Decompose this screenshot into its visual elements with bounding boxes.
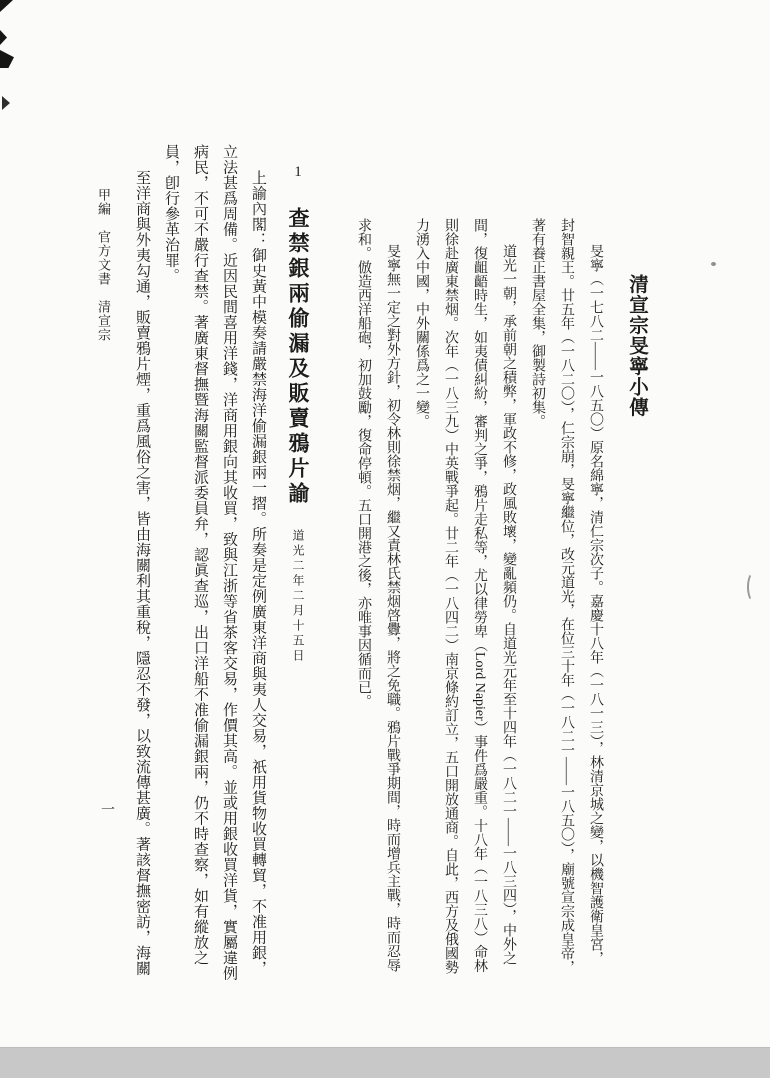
scanner-bed-strip bbox=[0, 1047, 770, 1078]
scan-artifact bbox=[2, 96, 10, 110]
scan-artifact bbox=[711, 262, 716, 266]
biography-paragraph: 旻寧無一定之對外方針，初令林則徐禁烟，繼又責林氏禁烟啓釁，將之免職。鴉片戰爭期間… bbox=[349, 218, 407, 978]
scanned-book-page: 清宣宗旻寧小傳 旻寧（一七八二——一八五〇）原名綿寧，清仁宗次子。嘉慶十八年（一… bbox=[0, 0, 770, 1078]
scan-artifact bbox=[0, 0, 13, 12]
biography-text-block: 旻寧（一七八二——一八五〇）原名綿寧，清仁宗次子。嘉慶十八年（一八一三），林清京… bbox=[349, 218, 610, 978]
scan-artifact bbox=[0, 50, 14, 68]
running-footer: 甲編 官方文書 清宣宗 bbox=[94, 188, 113, 342]
edict-paragraph: 上諭內閣：御史黃中模奏請嚴禁海洋偷漏銀兩一摺。所奏是定例廣東洋商與夷人交易，祇用… bbox=[156, 144, 272, 982]
section-date: 道光二年二月十五日 bbox=[291, 529, 305, 664]
section-title: 查禁銀兩偷漏及販賣鴉片諭 bbox=[286, 207, 310, 507]
scan-artifact bbox=[0, 30, 7, 45]
edict-text-block: 上諭內閣：御史黃中模奏請嚴禁海洋偷漏銀兩一摺。所奏是定例廣東洋商與夷人交易，祇用… bbox=[127, 144, 272, 982]
biography-paragraph: 旻寧（一七八二——一八五〇）原名綿寧，清仁宗次子。嘉慶十八年（一八一三），林清京… bbox=[523, 218, 610, 978]
edict-paragraph: 至洋商與外夷勾通，販賣鴉片煙，重爲風俗之害，皆由海關利其重稅，隱忍不發，以致流傳… bbox=[127, 144, 156, 982]
section-number: 1 bbox=[290, 164, 306, 180]
page-number: 一 bbox=[96, 802, 116, 816]
section-heading-column: 1 查禁銀兩偷漏及販賣鴉片諭 道光二年二月十五日 bbox=[283, 164, 313, 864]
scan-artifact bbox=[747, 572, 760, 602]
book-title: 清宣宗旻寧小傳 bbox=[622, 274, 650, 418]
biography-paragraph: 道光一朝，承前朝之積弊，軍政不修，政風敗壞，變亂頻仍。自道光元年至十四年（一八二… bbox=[407, 218, 523, 978]
